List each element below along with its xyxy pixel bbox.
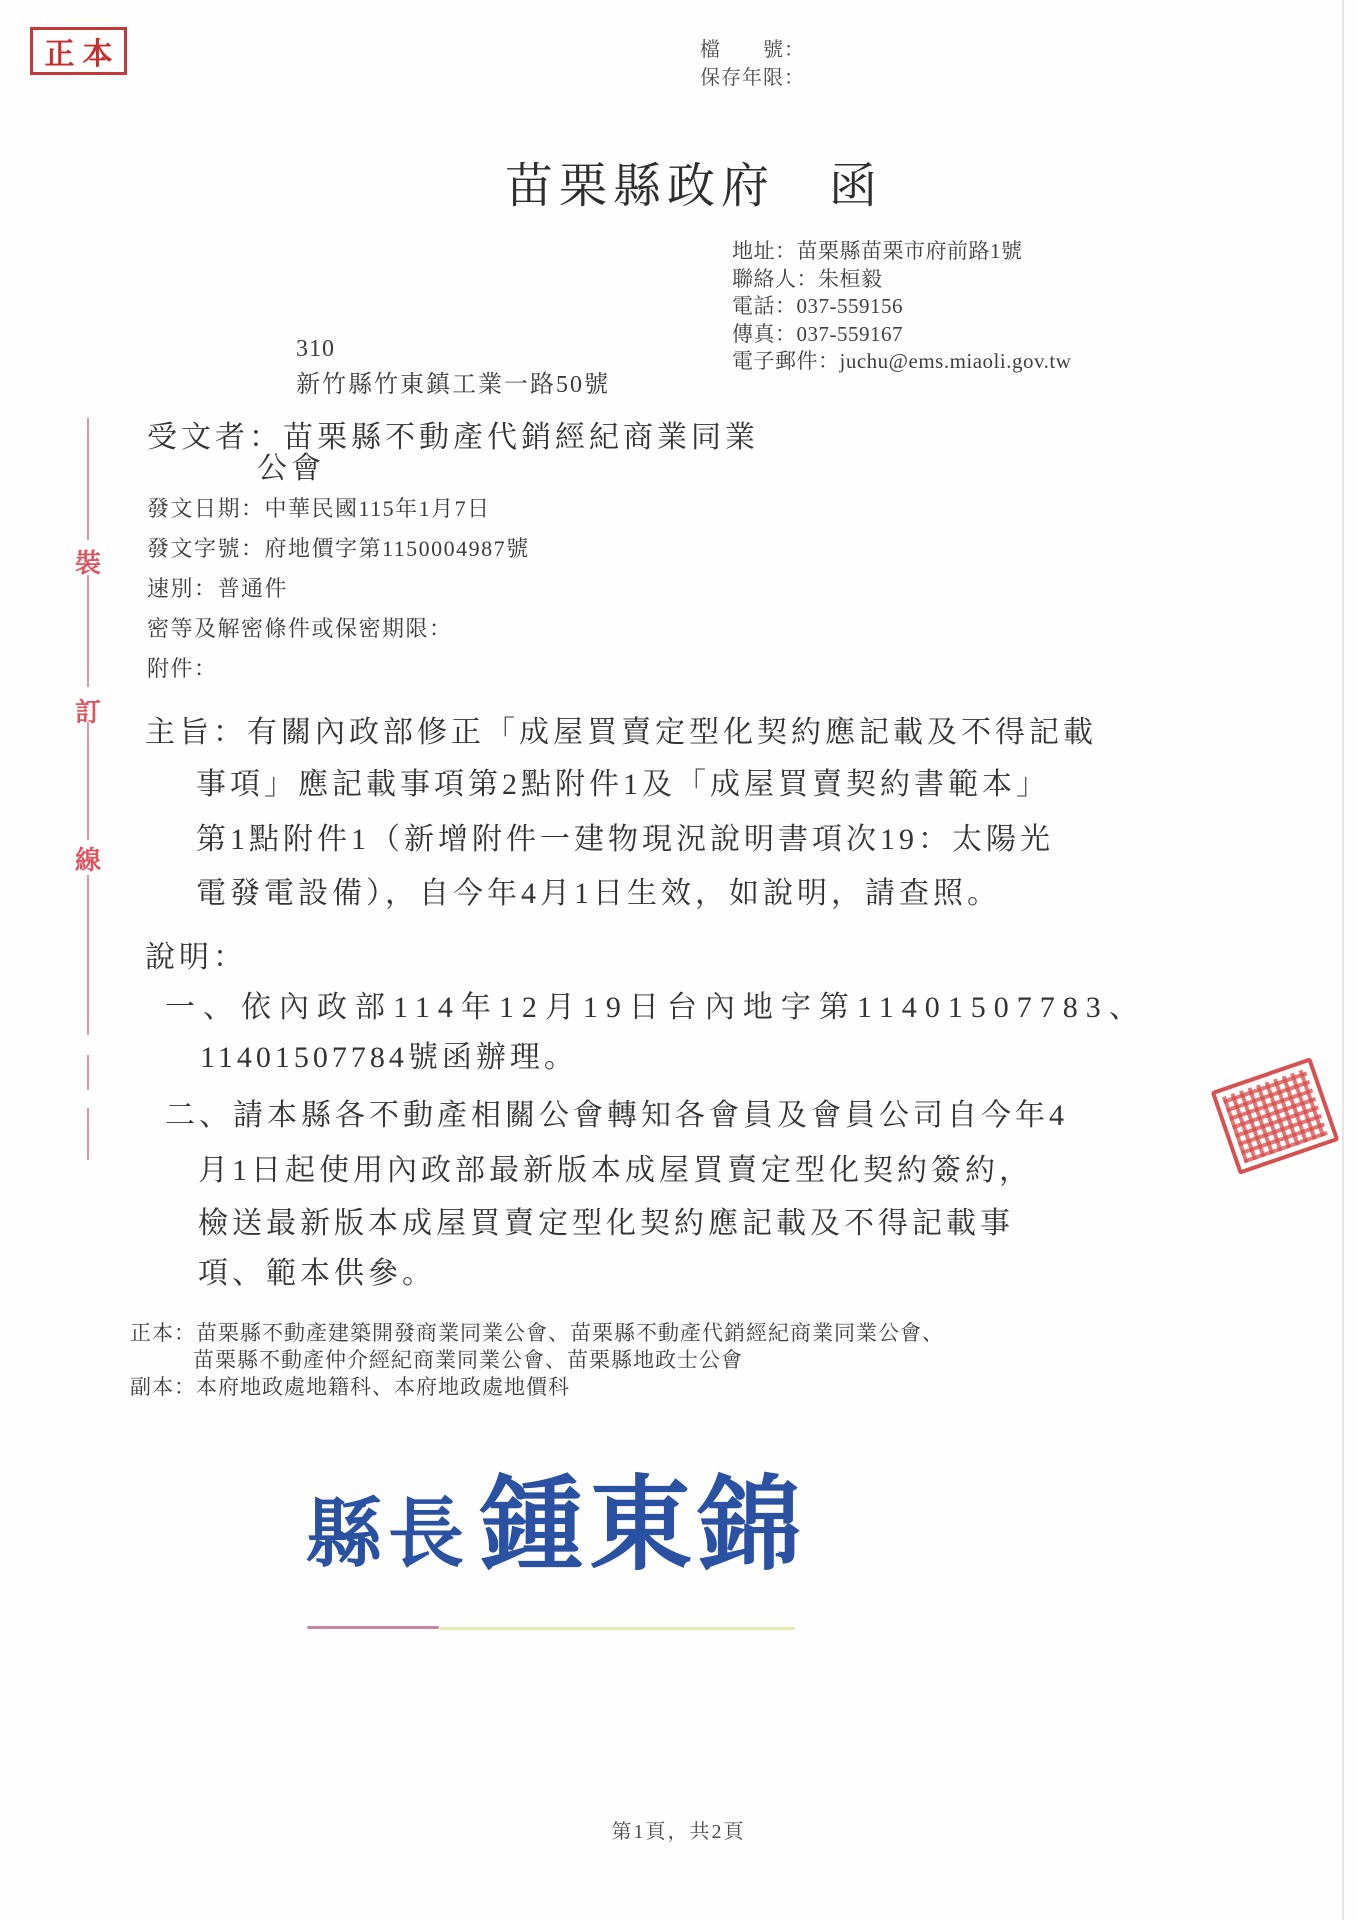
binding-char-ding: 訂 xyxy=(74,692,102,729)
sender-contact-block: 地址：苗栗縣苗栗市府前路1號 聯絡人：朱桓毅 電話：037-559156 傳真：… xyxy=(732,238,1071,376)
sender-fax: 傳真：037-559167 xyxy=(732,321,1071,349)
explanation-line: 月1日起使用內政部最新版本成屋買賣定型化契約簽約， xyxy=(198,1145,1033,1189)
binding-line-segment xyxy=(87,1108,89,1160)
signature-underline-pink xyxy=(307,1626,439,1629)
sender-contact-person: 聯絡人：朱桓毅 xyxy=(732,266,1071,294)
subject-line: 主旨：有關內政部修正「成屋買賣定型化契約應記載及不得記載 xyxy=(145,707,1097,751)
distribution-original-line2: 苗栗縣不動產仲介經紀商業同業公會、苗栗縣地政士公會 xyxy=(193,1344,743,1374)
scan-edge-line xyxy=(1342,0,1344,1920)
recipient-zip: 310 xyxy=(296,336,335,363)
document-title: 苗栗縣政府 函 xyxy=(505,147,883,216)
binding-char-xian: 線 xyxy=(74,840,102,877)
retention-label: 保存年限： xyxy=(700,64,805,92)
binding-char-zhuang: 裝 xyxy=(74,543,102,580)
distribution-copy-line: 副本：本府地政處地籍科、本府地政處地價科 xyxy=(130,1371,570,1401)
file-no-label: 檔 號： xyxy=(700,36,805,64)
sender-phone: 電話：037-559156 xyxy=(732,293,1071,321)
mayor-name: 鍾東錦 xyxy=(480,1469,807,1583)
attachment-label: 附件： xyxy=(147,649,530,689)
document-meta: 發文日期：中華民國115年1月7日 發文字號：府地價字第1150004987號 … xyxy=(147,489,530,689)
issue-date: 發文日期：中華民國115年1月7日 xyxy=(147,489,530,529)
security-class: 密等及解密條件或保密期限： xyxy=(147,609,530,649)
file-labels: 檔 號： 保存年限： xyxy=(700,36,805,92)
binding-line-segment xyxy=(87,875,89,1035)
sender-email: 電子郵件：juchu@ems.miaoli.gov.tw xyxy=(732,348,1071,376)
distribution-original-line1: 正本：苗栗縣不動產建築開發商業同業公會、苗栗縣不動產代銷經紀商業同業公會、 xyxy=(130,1317,944,1347)
speed-class: 速別：普通件 xyxy=(147,569,530,609)
binding-line-segment xyxy=(87,1055,89,1090)
recipient-line2: 公會 xyxy=(257,443,325,487)
binding-line-segment xyxy=(87,418,89,540)
mayor-signature: 縣長鍾東錦 xyxy=(306,1442,807,1590)
copy-type-stamp: 正本 xyxy=(30,27,127,75)
explanation-line: 項、範本供參。 xyxy=(198,1248,436,1292)
binding-line-segment xyxy=(87,722,89,840)
recipient-address: 新竹縣竹東鎮工業一路50號 xyxy=(296,364,610,399)
subject-line: 第1點附件1（新增附件一建物現況說明書項次19：太陽光 xyxy=(196,814,1054,858)
recipient-line1: 受文者：苗栗縣不動產代銷經紀商業同業 xyxy=(147,412,759,456)
explanation-line: 二、請本縣各不動產相關公會轉知各會員及會員公司自今年4 xyxy=(165,1090,1068,1134)
explanation-line: 一、依內政部114年12月19日台內地字第11401507783、 xyxy=(165,982,1147,1026)
signature-underline-yellow xyxy=(439,1627,795,1630)
explanation-line: 11401507784號函辦理。 xyxy=(200,1032,578,1076)
page-number: 第1頁，共2頁 xyxy=(0,1815,1357,1844)
sender-address: 地址：苗栗縣苗栗市府前路1號 xyxy=(732,238,1071,266)
subject-line: 電發電設備），自今年4月1日生效，如說明，請查照。 xyxy=(196,868,1001,912)
copy-type-stamp-text: 正本 xyxy=(37,29,121,73)
subject-line: 事項」應記載事項第2點附件1及「成屋買賣契約書範本」 xyxy=(196,759,1050,803)
doc-number: 發文字號：府地價字第1150004987號 xyxy=(147,529,530,569)
mayor-title: 縣長 xyxy=(306,1493,470,1577)
explanation-line: 檢送最新版本成屋買賣定型化契約應記載及不得記載事 xyxy=(198,1198,1014,1242)
official-red-seal xyxy=(1211,1057,1340,1175)
binding-line-segment xyxy=(87,575,89,687)
explanation-heading: 說明： xyxy=(145,932,247,976)
scanned-official-letter: 正本 檔 號： 保存年限： 苗栗縣政府 函 地址：苗栗縣苗栗市府前路1號 聯絡人… xyxy=(0,0,1357,1920)
